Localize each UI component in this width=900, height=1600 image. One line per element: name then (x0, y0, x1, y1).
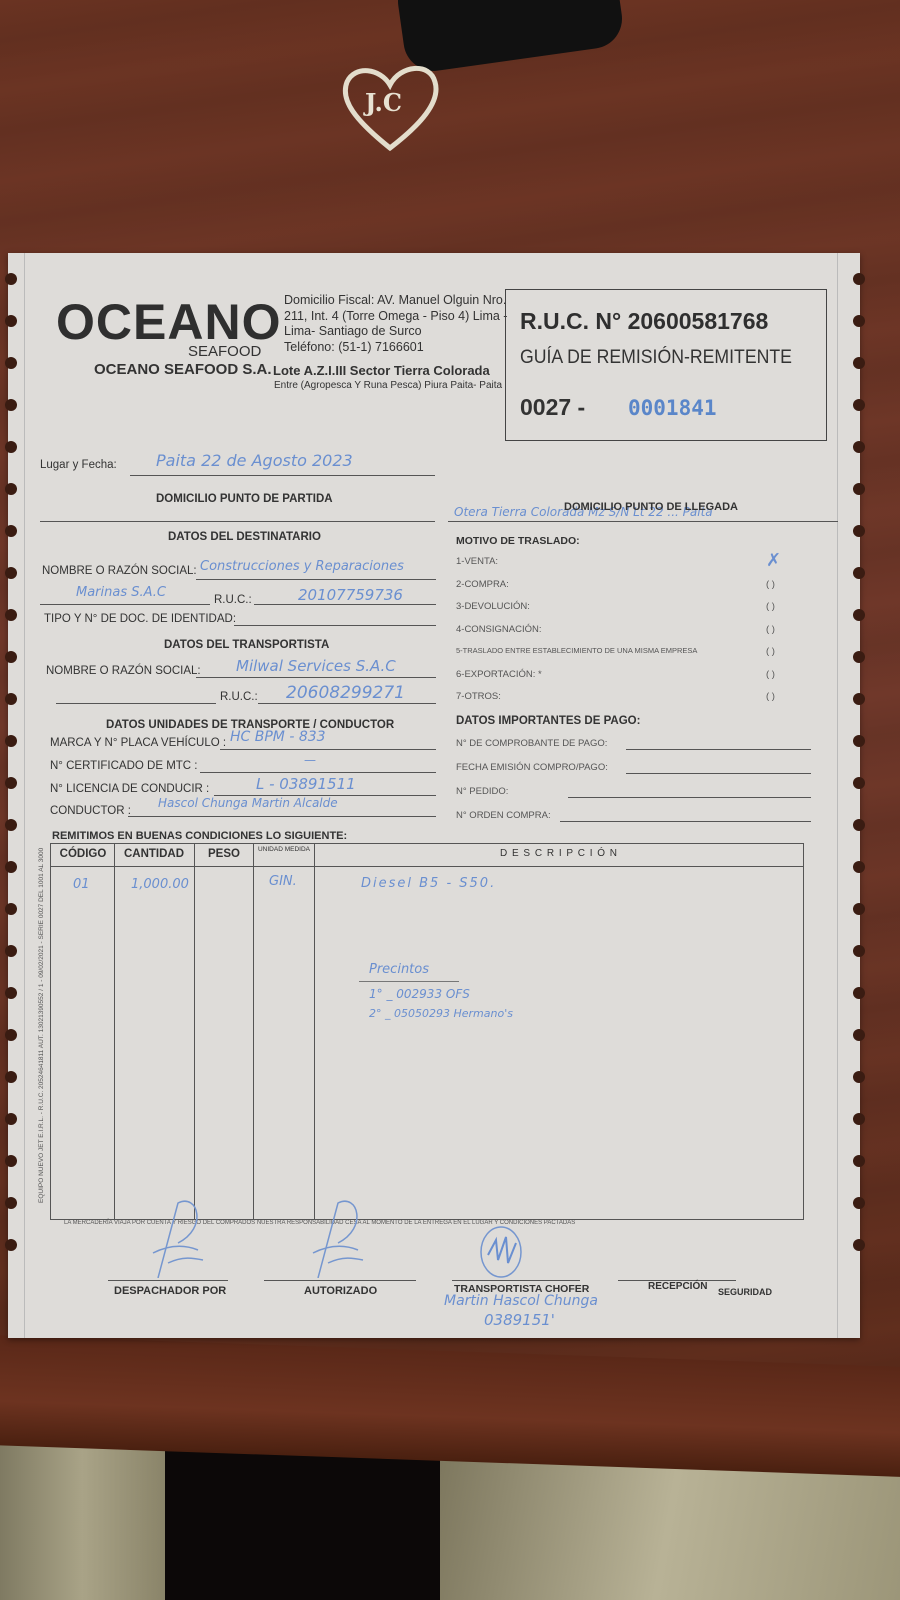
conductor-line (128, 816, 436, 817)
document-series: 0027 - (520, 394, 585, 421)
goods-table: CÓDIGO CANTIDAD PESO UNIDAD MEDIDA D E S… (50, 843, 804, 1220)
dest-razon-social-line-2 (40, 604, 210, 605)
company-name: OCEANO SEAFOOD S.A. (94, 361, 272, 378)
col-unidad: UNIDAD MEDIDA (254, 846, 314, 854)
col-cantidad: CANTIDAD (115, 848, 193, 860)
precintos-title: Precintos (369, 962, 429, 977)
motivo-checkbox[interactable]: ( ) (766, 579, 775, 590)
placa-label: MARCA Y N° PLACA VEHÍCULO : (50, 737, 226, 749)
motivo-option-label: 6-EXPORTACIÓN: * (456, 669, 542, 680)
licencia-label: N° LICENCIA DE CONDUCIR : (50, 783, 209, 795)
motivo-option-label: 3-DEVOLUCIÓN: (456, 601, 530, 612)
motivo-option-label: 1-VENTA: (456, 556, 498, 567)
pago-field-label: N° DE COMPROBANTE DE PAGO: (456, 738, 607, 749)
pago-field-line[interactable] (626, 749, 811, 750)
dest-ruc-label: R.U.C.: (214, 594, 252, 606)
logo-subtitle: SEAFOOD (188, 343, 261, 360)
pago-field-label: N° PEDIDO: (456, 786, 508, 797)
dest-ruc-line (254, 604, 436, 605)
sig-line-autorizado (264, 1280, 416, 1281)
lugar-fecha-label: Lugar y Fecha: (40, 459, 117, 471)
plant-address-detail: Entre (Agropesca Y Runa Pesca) Piura Pai… (274, 380, 502, 391)
row-descripcion: Diesel B5 - S50. (361, 876, 496, 891)
sig-label-autorizado: AUTORIZADO (304, 1285, 377, 1297)
perforation-left (24, 253, 25, 1338)
fiscal-address-text: Domicilio Fiscal: AV. Manuel Olguin Nro.… (284, 293, 514, 340)
dest-razon-social-line (196, 579, 436, 580)
motivo-option-label: 5-TRASLADO ENTRE ESTABLECIMIENTO DE UNA … (456, 646, 697, 655)
plant-address: Lote A.Z.I.III Sector Tierra Colorada (273, 363, 490, 378)
mtc-label: N° CERTIFICADO DE MTC : (50, 760, 198, 772)
conductor-value: Hascol Chunga Martin Alcalde (158, 796, 338, 810)
placa-value: HC BPM - 833 (230, 729, 326, 745)
dest-doc-line (234, 625, 436, 626)
sig-label-despachador: DESPACHADOR POR (114, 1285, 226, 1297)
trans-ruc-value: 20608299271 (286, 683, 405, 703)
header-divider (51, 866, 803, 867)
dest-ruc-value: 20107759736 (298, 586, 403, 604)
trans-razon-social-label: NOMBRE O RAZÓN SOCIAL: (46, 665, 201, 677)
punto-partida-heading: DOMICILIO PUNTO DE PARTIDA (156, 493, 333, 505)
precinto-1: 1° _ 002933 OFS (369, 987, 470, 1001)
ruc-box: R.U.C. N° 20600581768 GUÍA DE REMISIÓN-R… (505, 289, 827, 441)
pago-field-label: N° ORDEN COMPRA: (456, 810, 551, 821)
trans-ruc-label: R.U.C.: (220, 691, 258, 703)
fiscal-address: Domicilio Fiscal: AV. Manuel Olguin Nro.… (284, 293, 514, 355)
dest-razon-social-value-1: Construcciones y Reparaciones (200, 559, 404, 574)
motivo-checkbox[interactable]: ( ) (766, 624, 775, 635)
motivo-option-label: 7-OTROS: (456, 691, 501, 702)
sig-line-transportista (452, 1280, 580, 1281)
placa-line (220, 749, 436, 750)
trans-razon-social-line (196, 677, 436, 678)
punto-partida-line (40, 521, 435, 522)
lugar-fecha-value: Paita 22 de Agosto 2023 (156, 451, 353, 470)
dest-razon-social-label: NOMBRE O RAZÓN SOCIAL: (42, 565, 197, 577)
lugar-fecha-line (130, 475, 435, 476)
signature-transportista (476, 1225, 526, 1280)
licencia-value: L - 03891511 (256, 775, 356, 793)
dest-razon-social-value-2: Marinas S.A.C (76, 585, 166, 600)
col-descripcion: D E S C R I P C I Ó N (315, 848, 803, 859)
trans-razon-social-value: Milwal Services S.A.C (236, 657, 396, 675)
trans-line-2 (56, 703, 216, 704)
destinatario-heading: DATOS DEL DESTINATARIO (168, 531, 321, 543)
motivo-checkbox[interactable]: ( ) (766, 646, 775, 657)
motivo-heading: MOTIVO DE TRASLADO: (456, 535, 580, 547)
col-divider (253, 844, 254, 1219)
signature-despachador (138, 1198, 218, 1278)
row-unidad: GIN. (269, 874, 297, 889)
chofer-name: Martin Hascol Chunga (444, 1293, 598, 1309)
mtc-line (200, 772, 436, 773)
document-type: GUÍA DE REMISIÓN-REMITENTE (520, 347, 792, 369)
punto-llegada-line (448, 521, 838, 522)
phone-number: Teléfono: (51-1) 7166601 (284, 340, 514, 356)
row-cantidad: 1,000.00 (131, 877, 189, 892)
tractor-holes-left (2, 273, 20, 1328)
trans-ruc-line (258, 703, 436, 704)
perforation-right (837, 253, 838, 1338)
precinto-2: 2° _ 05050293 Hermano's (369, 1007, 513, 1020)
row-codigo: 01 (73, 877, 90, 892)
pago-field-line[interactable] (560, 821, 811, 822)
pago-heading: DATOS IMPORTANTES DE PAGO: (456, 715, 640, 727)
motivo-checkbox[interactable]: ( ) (766, 691, 775, 702)
motivo-checkbox[interactable]: ( ) (766, 669, 775, 680)
document-number: 0001841 (628, 396, 717, 420)
punto-llegada-heading: DOMICILIO PUNTO DE LLEGADA (564, 501, 738, 513)
ruc-number: R.U.C. N° 20600581768 (520, 308, 768, 335)
motivo-checkbox[interactable]: ( ) (766, 601, 775, 612)
conductor-label: CONDUCTOR : (50, 805, 131, 817)
tractor-holes-right (850, 273, 868, 1328)
col-peso: PESO (195, 848, 253, 860)
mtc-value: — (304, 753, 316, 767)
chofer-license: 0389151' (484, 1311, 555, 1329)
sig-label-seguridad: SEGURIDAD (718, 1287, 772, 1297)
pago-field-line[interactable] (568, 797, 811, 798)
motivo-option-label: 2-COMPRA: (456, 579, 509, 590)
col-codigo: CÓDIGO (53, 848, 113, 860)
signature-autorizado (303, 1198, 383, 1278)
printer-authorization: EQUIPO NUEVO JET E.I.R.L. - R.U.C. 20524… (38, 843, 45, 1203)
goods-heading: REMITIMOS EN BUENAS CONDICIONES LO SIGUI… (52, 830, 347, 842)
motivo-option-label: 4-CONSIGNACIÓN: (456, 624, 542, 635)
precintos-underline (359, 981, 459, 982)
transportista-heading: DATOS DEL TRANSPORTISTA (164, 639, 329, 651)
sig-label-recepcion: RECEPCIÓN (648, 1281, 707, 1292)
chalk-mark: J.C (365, 88, 402, 117)
sig-line-despachador (108, 1280, 228, 1281)
guia-remision-document: OCEANO SEAFOOD OCEANO SEAFOOD S.A. Domic… (8, 253, 860, 1338)
col-divider (114, 844, 115, 1219)
motivo-checkbox-checked[interactable]: ✗ (766, 550, 781, 571)
pago-field-line[interactable] (626, 773, 811, 774)
col-divider (194, 844, 195, 1219)
pago-field-label: FECHA EMISIÓN COMPRO/PAGO: (456, 762, 608, 773)
col-divider (314, 844, 315, 1219)
dest-doc-label: TIPO Y N° DE DOC. DE IDENTIDAD: (44, 613, 236, 625)
